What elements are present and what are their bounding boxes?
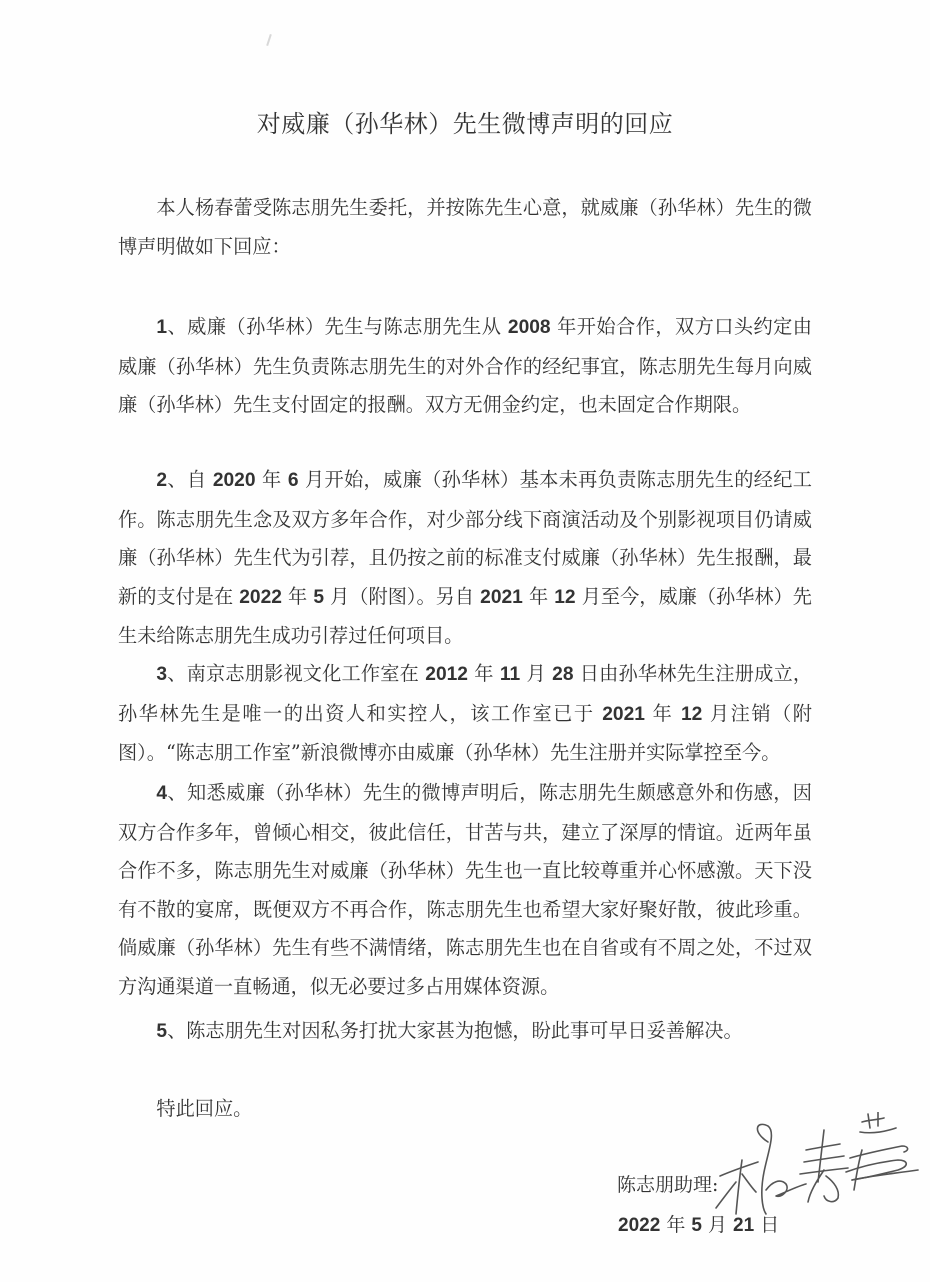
numeral-text: 2021 xyxy=(602,704,645,725)
body-text: 月 xyxy=(520,662,552,685)
document-title: 对威廉（孙华林）先生微博声明的回应 xyxy=(0,104,930,139)
point-2-paragraph: 2、自 2020 年 6 月开始，威廉（孙华林）基本未再负责陈志朋先生的经纪工作… xyxy=(118,461,812,656)
numeral-text: 12 xyxy=(554,587,575,608)
body-text: 、威廉（孙华林）先生与陈志朋先生从 xyxy=(167,315,508,338)
date-day-unit: 日 xyxy=(754,1214,779,1236)
point-4-paragraph: 4、知悉威廉（孙华林）先生的微博声明后，陈志朋先生颇感意外和伤感，因双方合作多年… xyxy=(118,774,812,1006)
numeral-text: 12 xyxy=(681,704,702,725)
closing-line: 特此回应。 xyxy=(118,1090,812,1129)
body-text: 月（附图）。另自 xyxy=(324,585,480,608)
body-text: 年 xyxy=(282,585,313,608)
body-text: 、自 xyxy=(167,468,213,491)
body-text: 、知悉威廉（孙华林）先生的微博声明后，陈志朋先生颇感意外和伤感，因双方合作多年，… xyxy=(118,781,812,998)
signature-date: 2022 年 5 月 21 日 xyxy=(618,1210,779,1237)
handwritten-signature-icon xyxy=(712,1112,922,1222)
numeral-text: 1 xyxy=(156,317,167,338)
numeral-text: 11 xyxy=(500,664,520,685)
numeral-text: 2020 xyxy=(213,470,256,491)
date-year: 2022 xyxy=(618,1215,660,1236)
scan-artifact xyxy=(266,34,272,46)
date-month: 5 xyxy=(691,1215,702,1236)
numeral-text: 5 xyxy=(156,1021,167,1042)
numeral-text: 2022 xyxy=(239,587,282,608)
numeral-text: 2021 xyxy=(480,587,523,608)
numeral-text: 2012 xyxy=(425,664,468,685)
body-text: 、陈志朋先生对因私务打扰大家甚为抱憾，盼此事可早日妥善解决。 xyxy=(167,1019,743,1042)
numeral-text: 4 xyxy=(156,783,167,804)
body-text: 年 xyxy=(468,662,500,685)
signature-label: 陈志朋助理: xyxy=(617,1170,718,1197)
point-1-paragraph: 1、威廉（孙华林）先生与陈志朋先生从 2008 年开始合作，双方口头约定由威廉（… xyxy=(118,308,812,425)
body-text: 年 xyxy=(256,468,288,491)
body-text: 、南京志朋影视文化工作室在 xyxy=(167,662,425,685)
point-3-paragraph: 3、南京志朋影视文化工作室在 2012 年 11 月 28 日由孙华林先生注册成… xyxy=(118,655,812,773)
date-month-unit: 月 xyxy=(702,1214,733,1236)
numeral-text: 6 xyxy=(288,470,299,491)
numeral-text: 2008 xyxy=(508,317,551,338)
point-5-paragraph: 5、陈志朋先生对因私务打扰大家甚为抱憾，盼此事可早日妥善解决。 xyxy=(118,1012,812,1052)
intro-paragraph: 本人杨春蕾受陈志朋先生委托，并按陈先生心意，就威廉（孙华林）先生的微博声明做如下… xyxy=(118,189,812,266)
date-day: 21 xyxy=(733,1215,754,1236)
numeral-text: 5 xyxy=(313,587,324,608)
body-text: 年 xyxy=(523,585,554,608)
document-page: 对威廉（孙华林）先生微博声明的回应 本人杨春蕾受陈志朋先生委托，并按陈先生心意，… xyxy=(0,0,930,1282)
numeral-text: 28 xyxy=(552,664,573,685)
numeral-text: 2 xyxy=(156,470,167,491)
date-year-unit: 年 xyxy=(660,1214,691,1236)
numeral-text: 3 xyxy=(156,664,167,685)
body-text: 年 xyxy=(645,702,681,725)
